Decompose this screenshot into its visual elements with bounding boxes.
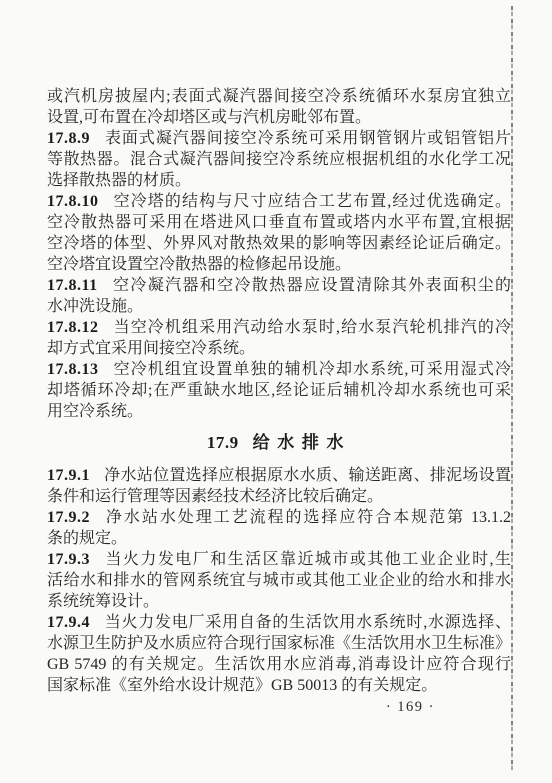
text-line: 条的规定。	[47, 528, 511, 549]
clause-paragraph: 或汽机房披屋内;表面式凝汽器间接空冷系统循环水泵房宜独立设置,可布置在冷却塔区或…	[47, 86, 511, 128]
clause-number: 17.8.12	[47, 319, 99, 336]
text-line: 17.9.4当火力发电厂采用自备的生活饮用水系统时,水源选择、	[47, 612, 511, 633]
text-line: 系统统筹设计。	[47, 591, 511, 612]
clause-number: 17.9.4	[47, 614, 90, 631]
text-line: 17.9.1净水站位置选择应根据原水水质、输送距离、排泥场设置	[47, 465, 511, 486]
clause-number: 17.8.13	[47, 361, 99, 378]
document-page: 或汽机房披屋内;表面式凝汽器间接空冷系统循环水泵房宜独立设置,可布置在冷却塔区或…	[0, 0, 552, 783]
text-line: 水冲洗设施。	[47, 296, 511, 317]
text-line: 活给水和排水的管网系统宜与城市或其他工业企业的给水和排水	[47, 570, 511, 591]
clause-paragraph: 17.9.4当火力发电厂采用自备的生活饮用水系统时,水源选择、水源卫生防护及水质…	[47, 612, 511, 696]
clause-paragraph: 17.8.10空冷塔的结构与尺寸应结合工艺布置,经过优选确定。空冷散热器可采用在…	[47, 191, 511, 275]
clause-paragraph: 17.9.1净水站位置选择应根据原水水质、输送距离、排泥场设置条件和运行管理等因…	[47, 465, 511, 507]
text-line: 国家标准《室外给水设计规范》GB 50013 的有关规定。	[47, 675, 511, 696]
clause-number: 17.8.11	[47, 277, 98, 294]
text-line: 或汽机房披屋内;表面式凝汽器间接空冷系统循环水泵房宜独立	[47, 86, 511, 107]
section-heading-title: 给水排水	[253, 433, 352, 452]
clause-paragraph: 17.8.13空冷机组宜设置单独的辅机冷却水系统,可采用湿式冷却塔循环冷却;在严…	[47, 359, 511, 422]
text-line: 空冷塔的体型、外界风对散热效果的影响等因素经论证后确定。	[47, 233, 511, 254]
clause-paragraph: 17.8.9表面式凝汽器间接空冷系统可采用钢管钢片或铝管铝片等散热器。混合式凝汽…	[47, 128, 511, 191]
text-line: 17.8.12当空冷机组采用汽动给水泵时,给水泵汽轮机排汽的冷	[47, 317, 511, 338]
text-line: 17.8.9表面式凝汽器间接空冷系统可采用钢管钢片或铝管铝片	[47, 128, 511, 149]
text-line: 条件和运行管理等因素经技术经济比较后确定。	[47, 486, 511, 507]
clause-number: 17.8.9	[47, 130, 90, 147]
text-line: 空冷塔宜设置空冷散热器的检修起吊设施。	[47, 254, 511, 275]
text-line: 17.8.11空冷凝汽器和空冷散热器应设置清除其外表面积尘的	[47, 275, 511, 296]
text-line: 选择散热器的材质。	[47, 170, 511, 191]
clause-paragraph: 17.9.3当火力发电厂和生活区靠近城市或其他工业企业时,生活给水和排水的管网系…	[47, 549, 511, 612]
text-line: 却方式宜采用间接空冷系统。	[47, 338, 511, 359]
section-heading-number: 17.9	[207, 433, 239, 452]
clause-number: 17.8.10	[47, 193, 99, 210]
text-line: 17.8.10空冷塔的结构与尺寸应结合工艺布置,经过优选确定。	[47, 191, 511, 212]
page-number: · 169 ·	[386, 699, 435, 716]
clause-paragraph: 17.8.12当空冷机组采用汽动给水泵时,给水泵汽轮机排汽的冷却方式宜采用间接空…	[47, 317, 511, 359]
clause-paragraph: 17.9.2净水站水处理工艺流程的选择应符合本规范第 13.1.2条的规定。	[47, 507, 511, 549]
text-line: 等散热器。混合式凝汽器间接空冷系统应根据机组的水化学工况	[47, 149, 511, 170]
text-line: 17.9.2净水站水处理工艺流程的选择应符合本规范第 13.1.2	[47, 507, 511, 528]
scan-artifact-line	[511, 6, 513, 772]
text-line: GB 5749 的有关规定。生活饮用水应消毒,消毒设计应符合现行	[47, 654, 511, 675]
clause-number: 17.9.3	[47, 551, 90, 568]
text-line: 空冷散热器可采用在塔进风口垂直布置或塔内水平布置,宜根据	[47, 212, 511, 233]
text-line: 却塔循环冷却;在严重缺水地区,经论证后辅机冷却水系统也可采	[47, 380, 511, 401]
clause-number: 17.9.2	[47, 509, 90, 526]
page-content: 或汽机房披屋内;表面式凝汽器间接空冷系统循环水泵房宜独立设置,可布置在冷却塔区或…	[47, 86, 511, 696]
section-heading: 17.9给水排水	[47, 432, 511, 454]
clause-number: 17.9.1	[47, 467, 90, 484]
text-line: 设置,可布置在冷却塔区或与汽机房毗邻布置。	[47, 107, 511, 128]
text-line: 17.9.3当火力发电厂和生活区靠近城市或其他工业企业时,生	[47, 549, 511, 570]
text-line: 17.8.13空冷机组宜设置单独的辅机冷却水系统,可采用湿式冷	[47, 359, 511, 380]
text-line: 水源卫生防护及水质应符合现行国家标准《生活饮用水卫生标准》	[47, 633, 511, 654]
clause-paragraph: 17.8.11空冷凝汽器和空冷散热器应设置清除其外表面积尘的水冲洗设施。	[47, 275, 511, 317]
text-line: 用空冷系统。	[47, 401, 511, 422]
